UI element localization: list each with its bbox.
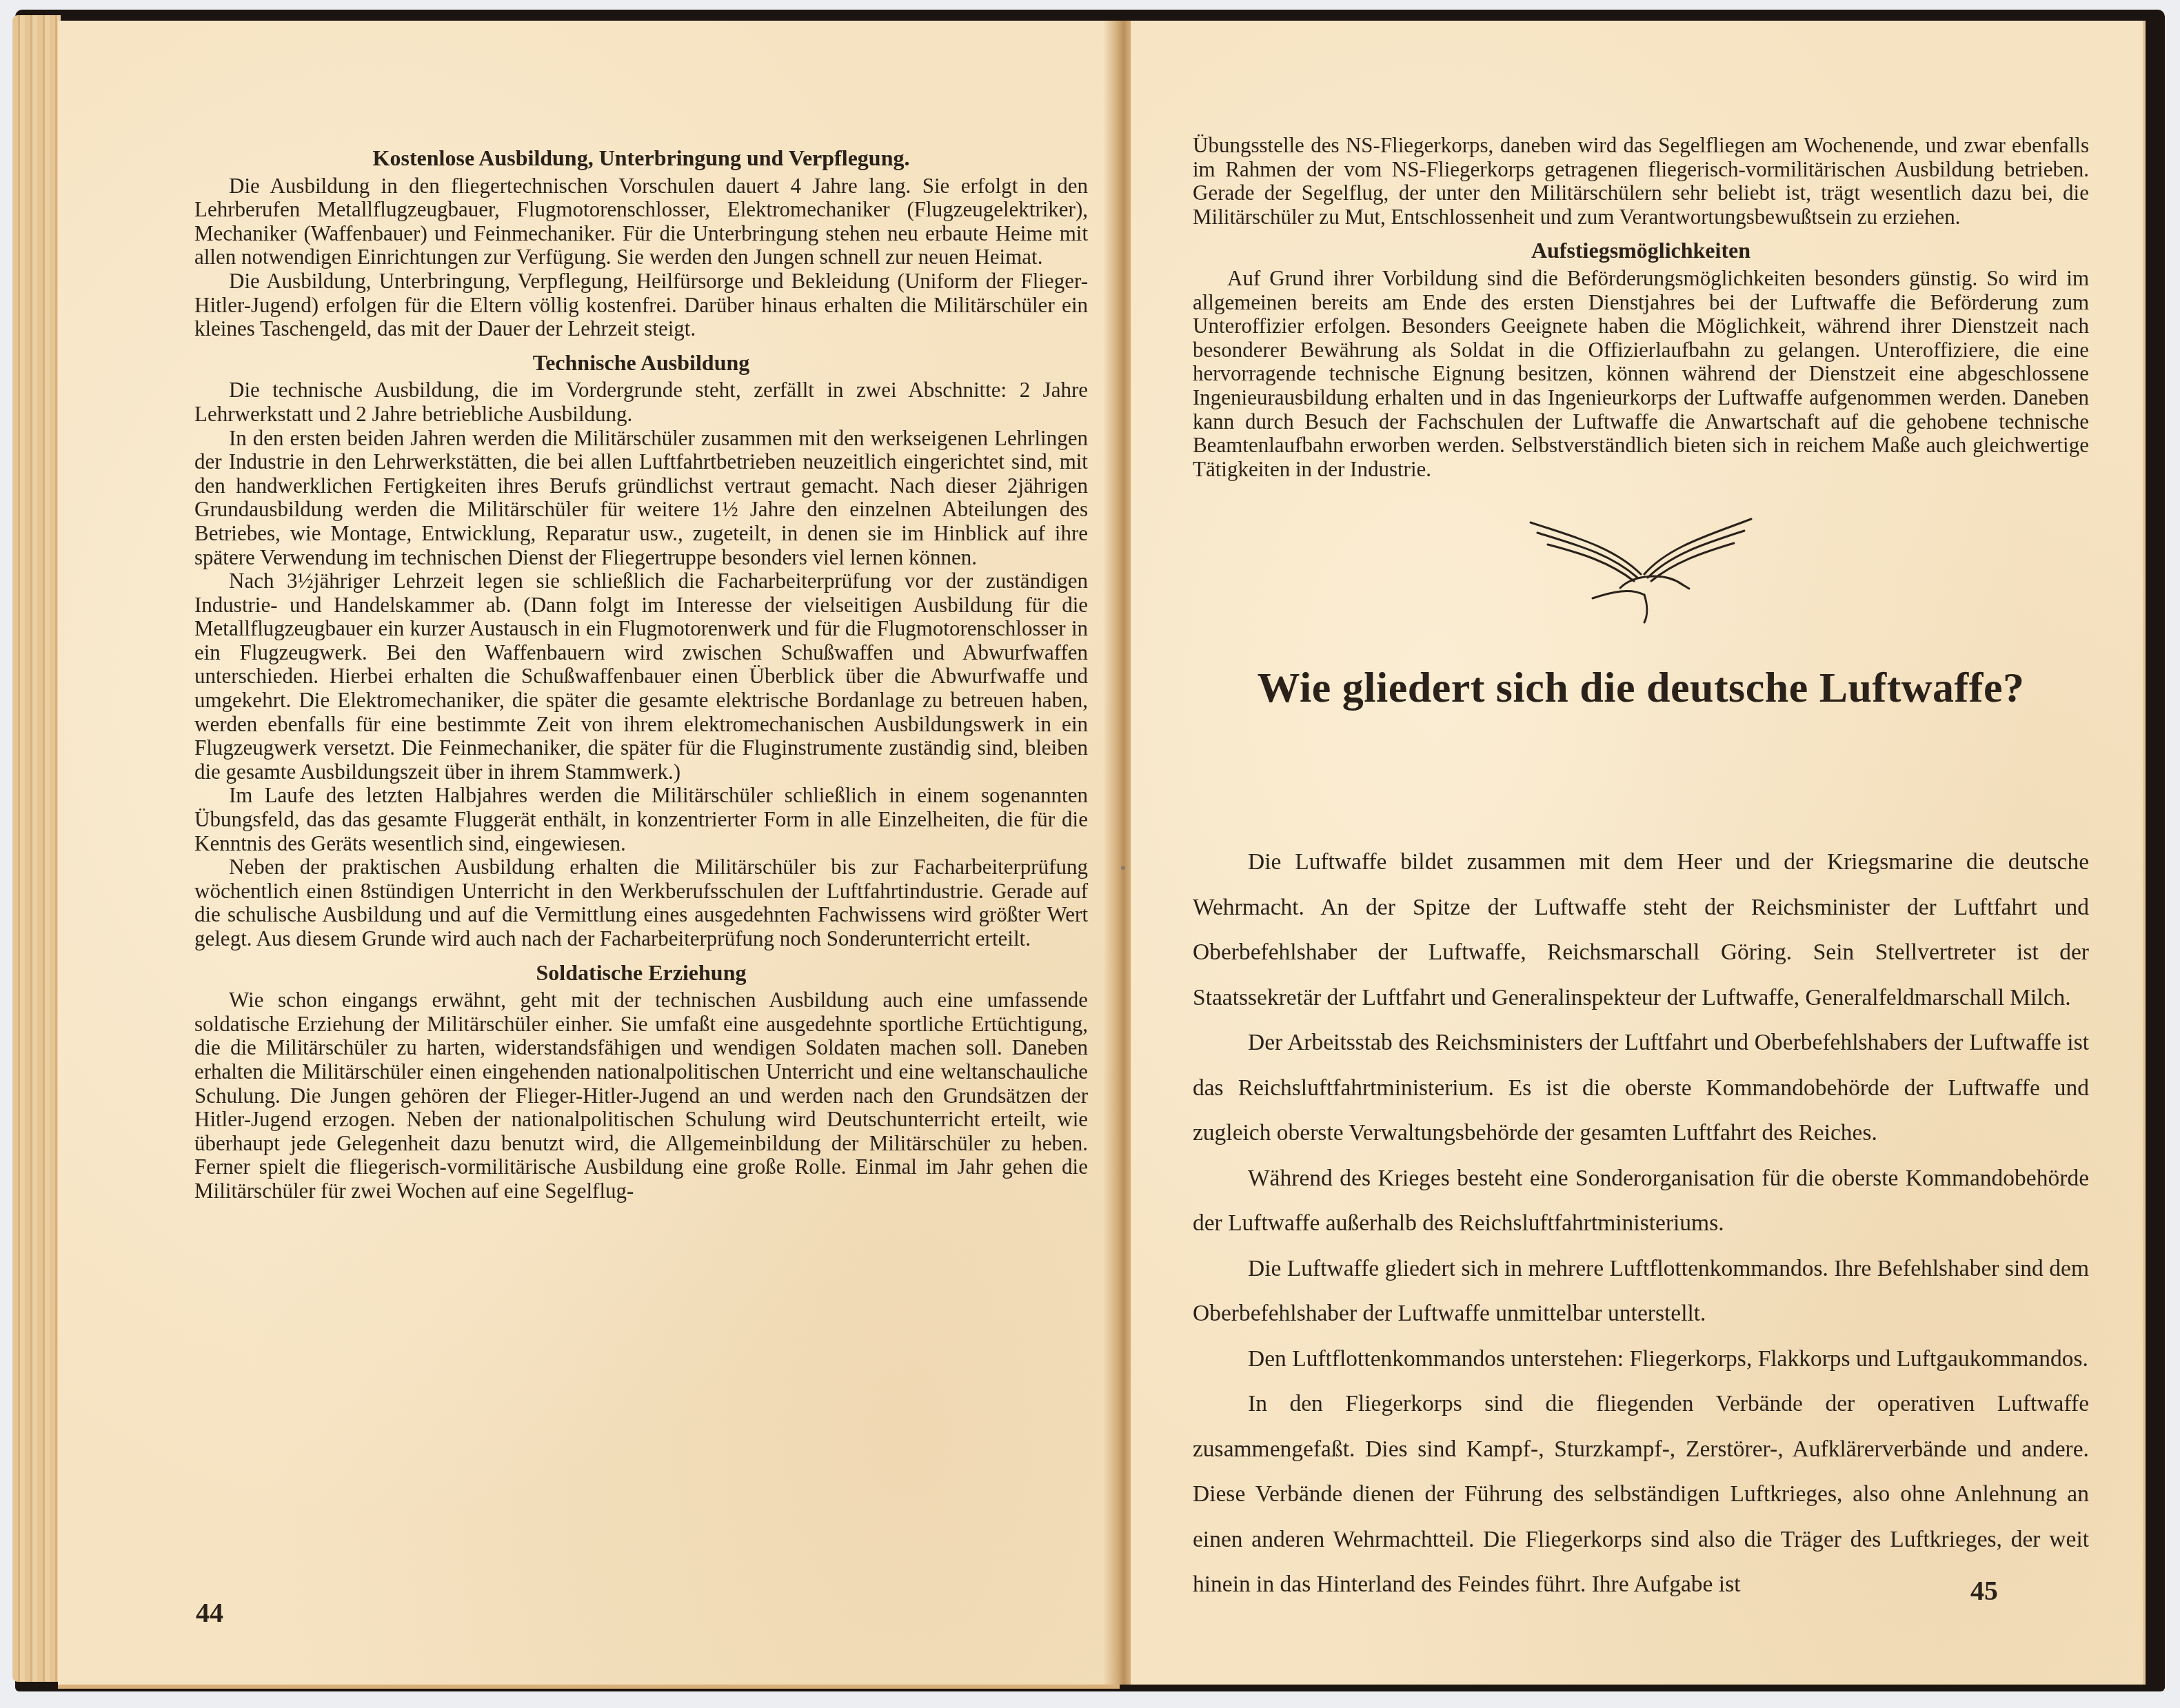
page-stack-edge bbox=[12, 15, 61, 1682]
paper-speck bbox=[1121, 866, 1125, 870]
paragraph: Der Arbeitsstab des Reichsministers der … bbox=[1193, 1020, 2089, 1156]
paragraph: Die Ausbildung in den fliegertechnischen… bbox=[194, 174, 1088, 270]
paragraph: Während des Krieges besteht eine Sondero… bbox=[1193, 1156, 2089, 1246]
paragraph: Den Luftflottenkommandos unterstehen: Fl… bbox=[1193, 1336, 2089, 1382]
paragraph: Die Luftwaffe gliedert sich in mehrere L… bbox=[1193, 1246, 2089, 1336]
right-page-text: Übungsstelle des NS-Fliegerkorps, danebe… bbox=[1193, 134, 2089, 721]
page-number-right: 45 bbox=[1970, 1574, 1998, 1607]
paragraph: Im Laufe des letzten Halbjahres werden d… bbox=[194, 784, 1088, 855]
paragraph: Die technische Ausbildung, die im Vorder… bbox=[194, 378, 1088, 426]
paragraph: In den ersten beiden Jahren werden die M… bbox=[194, 427, 1088, 570]
eagle-emblem-icon bbox=[1517, 509, 1765, 640]
chapter-title: Wie gliedert sich die deutsche Luftwaffe… bbox=[1193, 660, 2089, 715]
page-number-left: 44 bbox=[196, 1596, 223, 1629]
right-page: Übungsstelle des NS-Fliegerkorps, danebe… bbox=[1131, 21, 2146, 1685]
chapter-body: Die Luftwaffe bildet zusammen mit dem He… bbox=[1193, 840, 2089, 1607]
paragraph: Die Ausbildung, Unterbringung, Verpflegu… bbox=[194, 270, 1088, 341]
heading-kostenlose-ausbildung: Kostenlose Ausbildung, Unterbringung und… bbox=[194, 146, 1088, 170]
heading-aufstiegsmoeglichkeiten: Aufstiegsmöglichkeiten bbox=[1193, 238, 2089, 263]
left-page-text: Kostenlose Ausbildung, Unterbringung und… bbox=[194, 146, 1088, 1203]
paragraph: Auf Grund ihrer Vorbildung sind die Befö… bbox=[1193, 267, 2089, 481]
heading-soldatische-erziehung: Soldatische Erziehung bbox=[194, 961, 1088, 985]
heading-technische-ausbildung: Technische Ausbildung bbox=[194, 351, 1088, 375]
left-page: Kostenlose Ausbildung, Unterbringung und… bbox=[58, 21, 1120, 1689]
paragraph: Neben der praktischen Ausbildung erhalte… bbox=[194, 855, 1088, 950]
paragraph: Die Luftwaffe bildet zusammen mit dem He… bbox=[1193, 840, 2089, 1020]
paragraph: Wie schon eingangs erwähnt, geht mit der… bbox=[194, 988, 1088, 1203]
paragraph: In den Fliegerkorps sind die fliegenden … bbox=[1193, 1381, 2089, 1607]
paragraph: Nach 3½jähriger Lehrzeit legen sie schli… bbox=[194, 569, 1088, 784]
continued-paragraph: Übungsstelle des NS-Fliegerkorps, danebe… bbox=[1193, 134, 2089, 229]
